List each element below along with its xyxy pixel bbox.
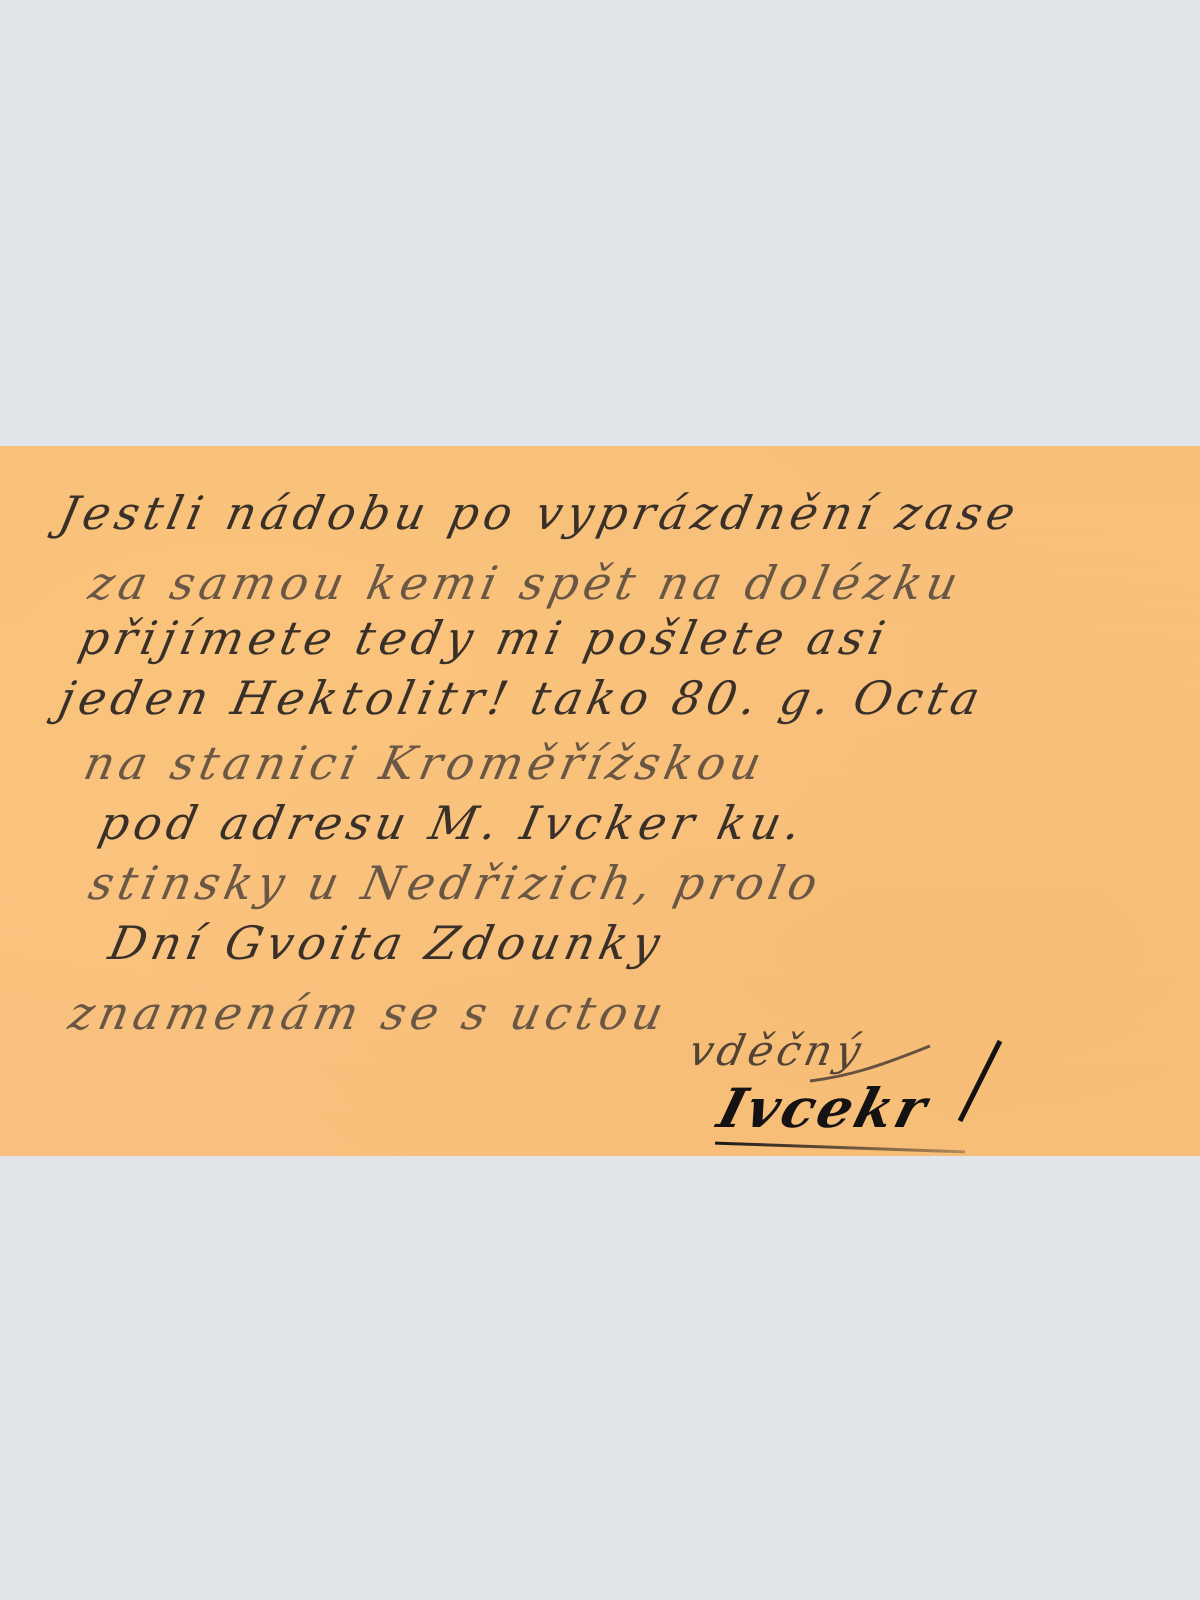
signature: Ivcekr (711, 1076, 936, 1140)
handwritten-line-8: Dní Gvoita Zdounky (104, 916, 669, 970)
handwritten-line-2: za samou kemi spět na dolézku (84, 556, 967, 610)
handwritten-line-4: jeden Hektolitr! tako 80. g. Octa (54, 671, 989, 725)
handwritten-line-7: stinsky u Nedřizich, prolo (84, 856, 827, 910)
closing-text: vděčný (685, 1026, 869, 1075)
signature-underline (715, 1142, 965, 1154)
handwritten-line-3: přijímete tedy mi pošlete asi (74, 611, 894, 665)
handwritten-line-1: Jestli nádobu po vyprázdnění zase (54, 486, 1025, 540)
handwritten-line-9: znamenám se s uctou (64, 986, 673, 1040)
handwritten-line-5: na stanici Kroměřížskou (79, 736, 771, 790)
page: Jestli nádobu po vyprázdnění zase za sam… (0, 0, 1200, 1600)
handwritten-line-6: pod adresu M. Ivcker ku. (94, 796, 811, 850)
postcard: Jestli nádobu po vyprázdnění zase za sam… (0, 446, 1200, 1156)
